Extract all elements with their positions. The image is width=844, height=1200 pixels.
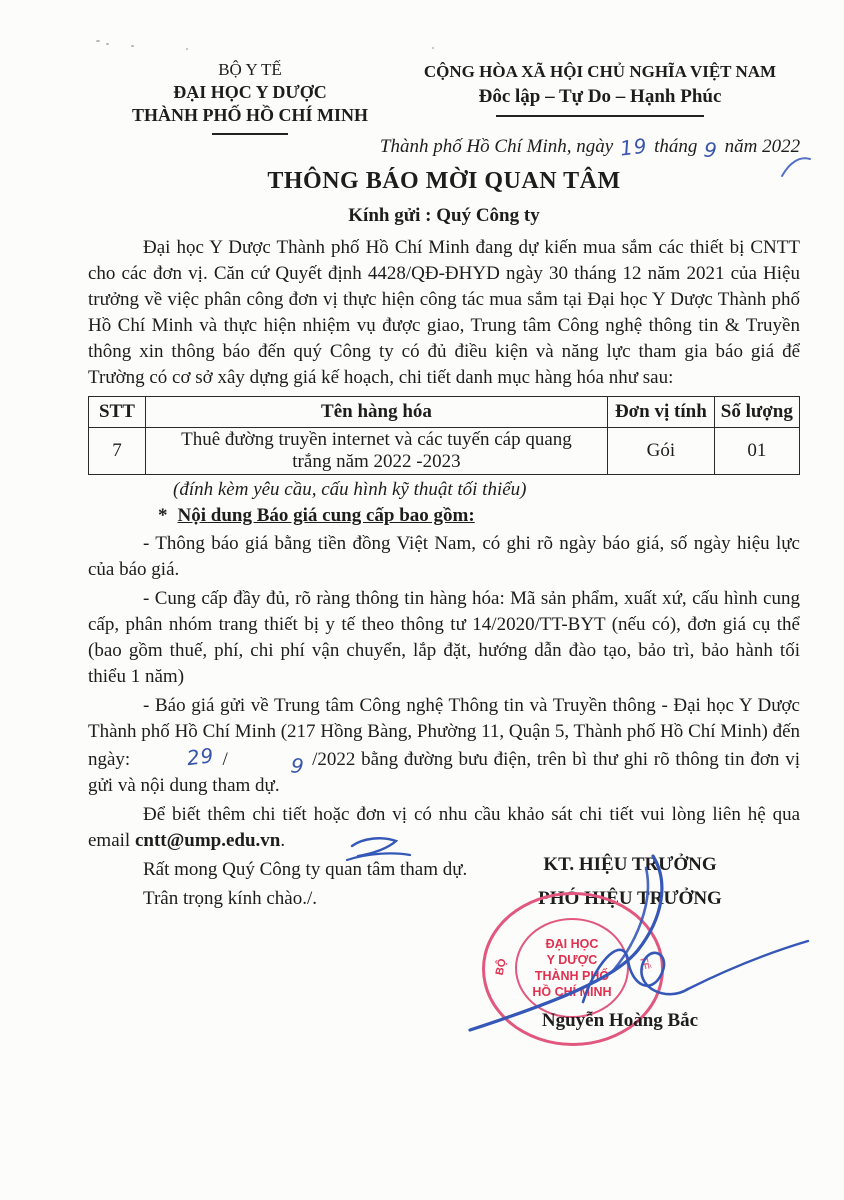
stamp-text-line1: ĐẠI HỌC <box>546 936 599 952</box>
table-header-stt: STT <box>89 397 146 428</box>
date-mid: tháng <box>654 136 697 157</box>
intro-paragraph: Đại học Y Dược Thành phố Hồ Chí Minh đan… <box>88 235 800 391</box>
scan-speck <box>96 40 100 42</box>
stamp-ring-right-text: TẾ <box>637 955 651 971</box>
contact-paragraph: Để biết thêm chi tiết hoặc đơn vị có nhu… <box>88 802 800 854</box>
handwritten-day: 19 <box>617 133 651 161</box>
salutation: Kính gửi : Quý Công ty <box>88 205 800 227</box>
items-table: STT Tên hàng hóa Đơn vị tính Số lượng 7 … <box>88 396 800 475</box>
bullet-product-info: - Cung cấp đầy đủ, rõ ràng thông tin hàn… <box>88 586 800 690</box>
scan-speck <box>131 45 134 47</box>
table-header-name: Tên hàng hóa <box>145 397 607 428</box>
scan-speck <box>106 43 109 45</box>
item-name-line1: Thuê đường truyền internet và các tuyến … <box>150 429 603 451</box>
quote-section-heading: *Nội dung Báo giá cung cấp bao gồm: <box>158 505 800 527</box>
signer-title-1: KT. HIỆU TRƯỞNG <box>470 848 790 882</box>
attachment-note: (đính kèm yêu cầu, cấu hình kỹ thuật tối… <box>173 479 800 501</box>
national-motto-block: CỘNG HÒA XÃ HỘI CHỦ NGHĨA VIỆT NAM Đôc l… <box>410 60 790 117</box>
document-title: THÔNG BÁO MỜI QUAN TÂM <box>88 168 800 195</box>
date-suffix: năm 2022 <box>725 136 800 157</box>
scan-speck <box>186 48 188 50</box>
national-motto-line1: CỘNG HÒA XÃ HỘI CHỦ NGHĨA VIỆT NAM <box>410 60 790 84</box>
section-heading-text: Nội dung Báo giá cung cấp bao gồm: <box>178 505 475 526</box>
stamp-text-line4: HỒ CHÍ MINH <box>532 984 611 1000</box>
signer-name: Nguyễn Hoàng Bắc <box>460 1010 780 1032</box>
stamp-inner-circle: ĐẠI HỌC Y DƯỢC THÀNH PHỐ HỒ CHÍ MINH <box>515 918 629 1018</box>
scanned-letter-page: BỘ Y TẾ ĐẠI HỌC Y DƯỢC THÀNH PHỐ HỒ CHÍ … <box>0 0 844 1200</box>
deadline-separator: / <box>217 749 234 770</box>
handwritten-month: 9 <box>701 137 721 163</box>
bullet-currency: - Thông báo giá bằng tiền đồng Việt Nam,… <box>88 531 800 583</box>
section-star: * <box>158 505 168 527</box>
signer-title-block: KT. HIỆU TRƯỞNG PHÓ HIỆU TRƯỞNG <box>470 848 790 916</box>
organization-name-line2: THÀNH PHỐ HỒ CHÍ MINH <box>115 104 385 127</box>
contact-part2: . <box>280 830 285 851</box>
organization-name-line1: ĐẠI HỌC Y DƯỢC <box>115 81 385 104</box>
item-name-line2: trắng năm 2022 -2023 <box>150 451 603 473</box>
letterhead-divider <box>212 133 288 135</box>
handwritten-deadline-day: 29 <box>129 742 218 778</box>
scan-speck <box>432 47 434 49</box>
item-stt: 7 <box>89 428 146 475</box>
item-name: Thuê đường truyền internet và các tuyến … <box>145 428 607 475</box>
motto-divider <box>496 115 704 117</box>
table-row: 7 Thuê đường truyền internet và các tuyế… <box>89 428 800 475</box>
table-header-unit: Đơn vị tính <box>608 397 715 428</box>
document-body: THÔNG BÁO MỜI QUAN TÂM Kính gửi : Quý Cô… <box>88 168 800 915</box>
table-header-qty: Số lượng <box>714 397 799 428</box>
date-line: Thành phố Hồ Chí Minh, ngày 19 tháng 9 n… <box>378 133 802 158</box>
table-header-row: STT Tên hàng hóa Đơn vị tính Số lượng <box>89 397 800 428</box>
stamp-text-line3: THÀNH PHỐ <box>535 968 609 984</box>
item-unit: Gói <box>608 428 715 475</box>
stamp-text-line2: Y DƯỢC <box>547 952 598 968</box>
stamp-ring-left-text: BỘ <box>494 958 509 977</box>
item-qty: 01 <box>714 428 799 475</box>
letterhead-issuer-block: BỘ Y TẾ ĐẠI HỌC Y DƯỢC THÀNH PHỐ HỒ CHÍ … <box>115 58 385 135</box>
national-motto-line2: Đôc lập – Tự Do – Hạnh Phúc <box>410 84 790 110</box>
ministry-name: BỘ Y TẾ <box>115 58 385 81</box>
date-prefix: Thành phố Hồ Chí Minh, ngày <box>380 136 613 157</box>
contact-email: cntt@ump.edu.vn <box>135 830 280 851</box>
bullet-delivery: - Báo giá gửi về Trung tâm Công nghệ Thô… <box>88 693 800 799</box>
